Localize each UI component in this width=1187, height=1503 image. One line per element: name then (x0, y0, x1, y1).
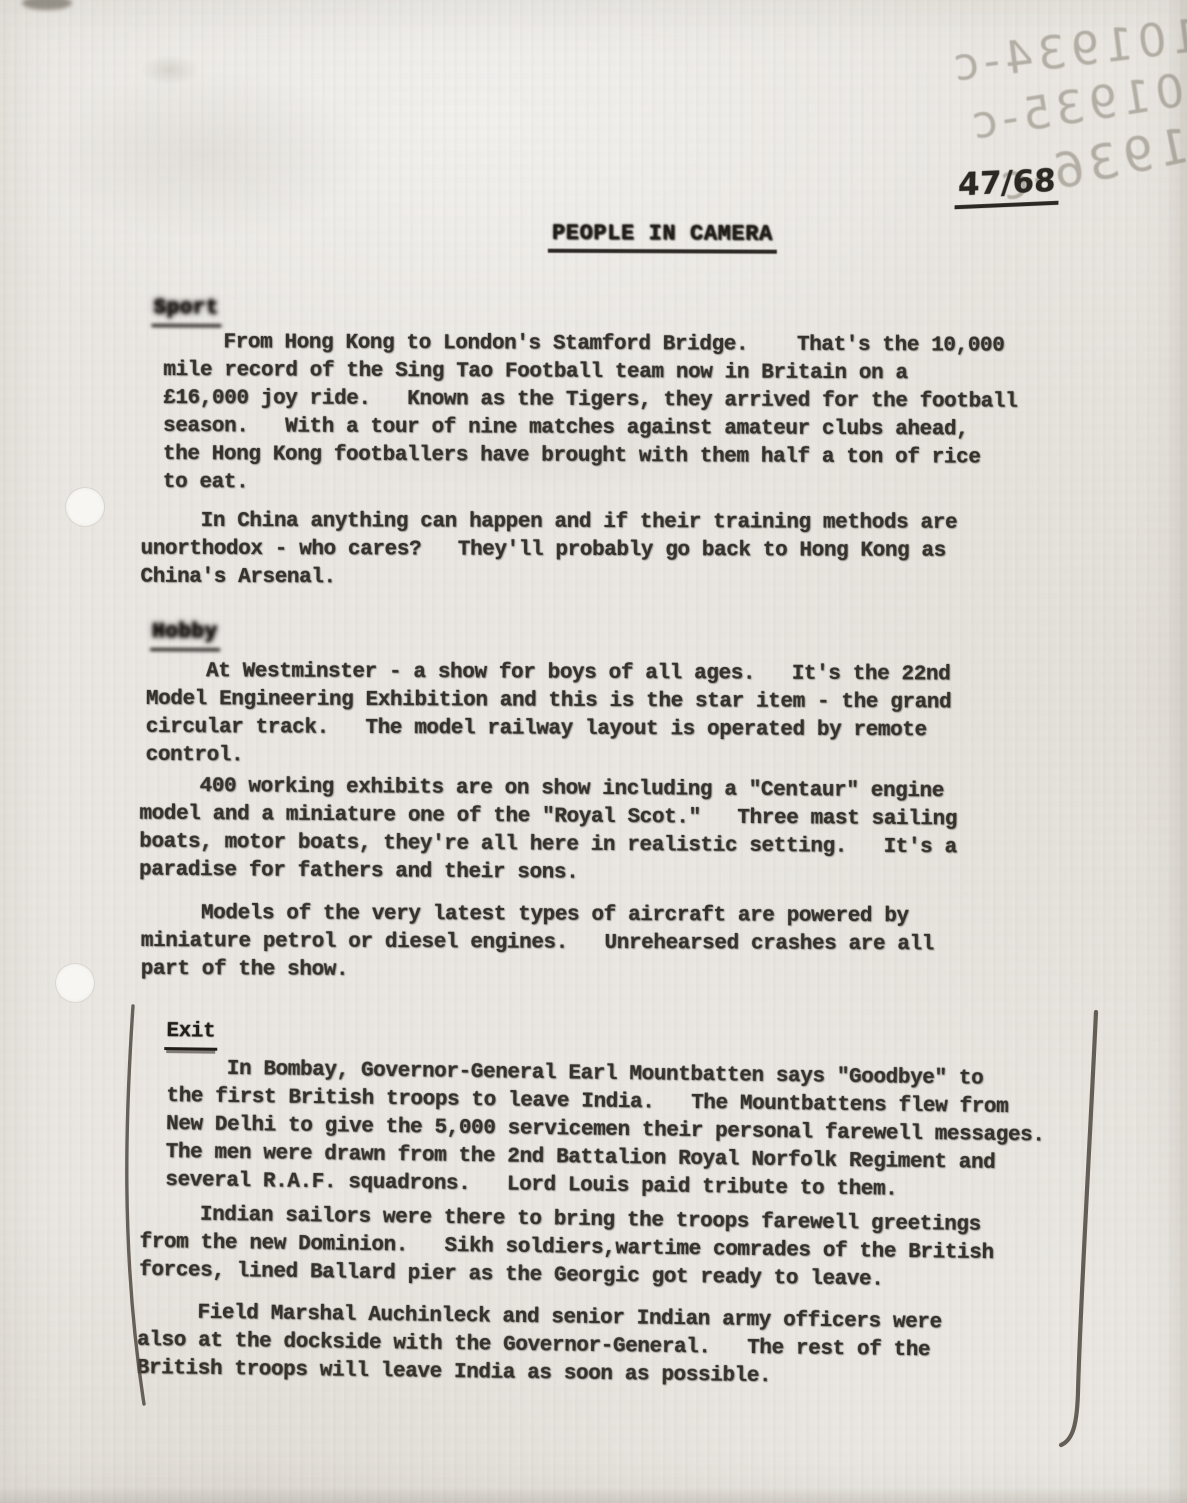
page-edge-shading (0, 1487, 1187, 1503)
reference-number: 47/68 (954, 163, 1059, 210)
section-heading-hobby: Hobby (150, 619, 220, 651)
paper-smudge (140, 55, 200, 85)
hole-punch (66, 488, 104, 526)
hole-punch (56, 964, 94, 1002)
paper-smudge (22, 0, 72, 10)
paper-smudge (40, 70, 370, 240)
section-heading-exit: Exit (164, 1018, 217, 1051)
paragraph: At Westminster - a show for boys of all … (146, 658, 1090, 774)
paragraph: 400 working exhibits are on show includi… (139, 773, 1090, 892)
page-edge-shading (1167, 0, 1187, 1503)
paragraph: In China anything can happen and if thei… (140, 508, 1090, 594)
paragraph: In Bombay, Governor-General Earl Mountba… (165, 1055, 1089, 1207)
section-heading-sport: Sport (152, 295, 222, 327)
paragraph: Indian sailors were there to bring the t… (139, 1201, 1088, 1297)
paragraph: Field Marshal Auchinleck and senior Indi… (137, 1299, 1088, 1395)
paragraph: From Hong Kong to London's Stamford Brid… (163, 329, 1092, 501)
page-title: PEOPLE IN CAMERA (548, 220, 777, 254)
typed-content: PEOPLE IN CAMERA Sport From Hong Kong to… (147, 218, 1092, 1387)
document-page: 101934-c 101935-c 101936-c 47/68 PEOPLE … (0, 0, 1187, 1503)
paragraph: Models of the very latest types of aircr… (141, 900, 1089, 988)
